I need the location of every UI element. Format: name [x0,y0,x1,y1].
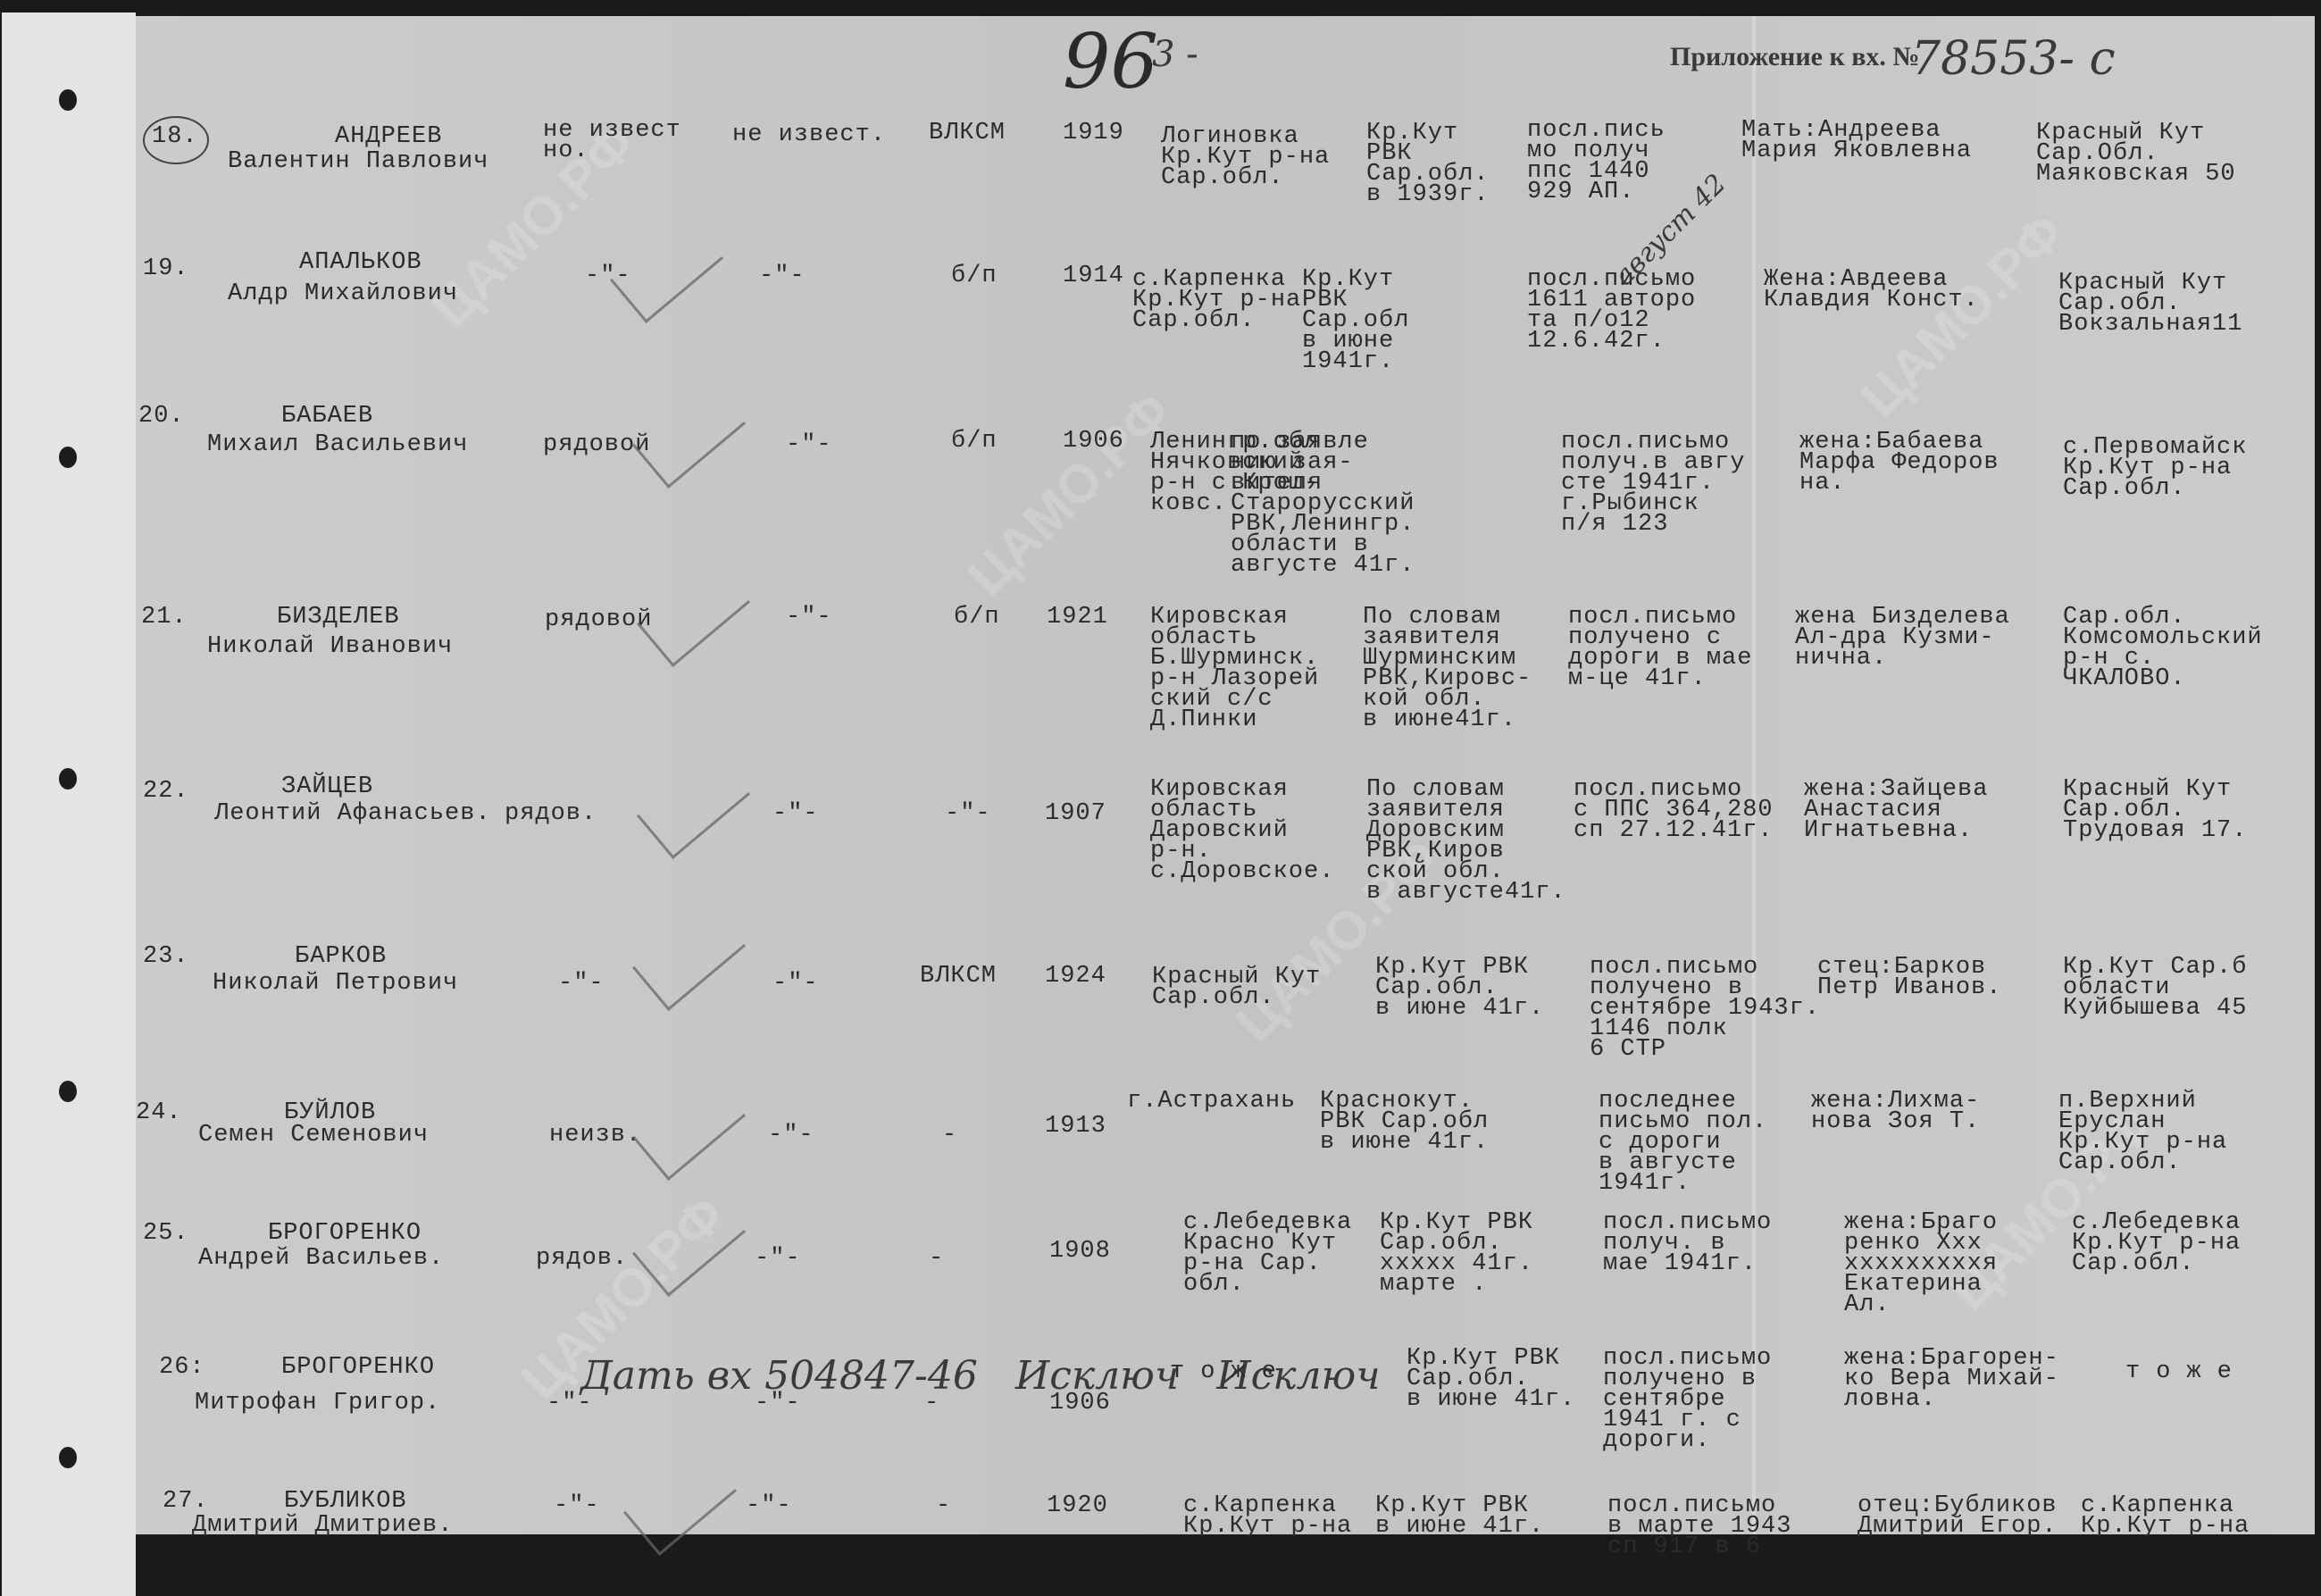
address: Красный Кут Сар.обл. Трудовая 17. [2063,780,2247,841]
address: с.Карпенка Кр.Кут р-на [2081,1496,2250,1537]
last-letter: посл.письмо получено с дороги в мае м-це… [1568,607,1752,689]
address: Красный Кут Сар.Обл. Маяковская 50 [2036,123,2236,185]
unit: -"- [786,435,832,455]
last-letter: посл.пись мо получ ппс 1440 929 АП. [1527,121,1666,203]
first-names: Андрей Васильев. [198,1249,444,1269]
drafted-by: Кр.Кут РВК Сар.обл. в июне 41г. [1375,957,1544,1019]
row-number: 23. [143,947,189,967]
row-number: 20. [138,406,185,427]
surname: БУБЛИКОВ [284,1492,407,1512]
binding-margin [2,13,136,1596]
surname: БРОГОРЕНКО [281,1358,435,1378]
address: Кр.Кут Сар.б области Куйбышева 45 [2063,957,2247,1019]
row-number: 26: [159,1358,205,1378]
attachment-label: Приложение к вх. № [1670,46,1920,67]
surname: АНДРЕЕВ [335,127,442,147]
unit: -"- [768,1125,814,1146]
row-number: 19. [143,259,189,280]
surname: БУЙЛОВ [284,1103,376,1124]
rank: -"- [558,973,605,994]
birthplace: Кировская область Даровский р-н. с.Доров… [1150,780,1334,882]
party: -"- [945,804,991,824]
first-names: Семен Семенович [198,1125,429,1146]
last-letter: последнее письмо пол. с дороги в августе… [1599,1091,1767,1194]
last-letter: посл.письмо в марте 1943 сп 917 в 6 [1607,1496,1791,1558]
relative: Жена:Авдеева Клавдия Конст. [1764,270,1979,311]
first-names: Леонтий Афанасьев. [214,804,491,824]
birth-year: 1913 [1045,1116,1106,1137]
party: - [936,1496,951,1517]
first-names: Митрофан Григор. [195,1393,440,1414]
rank: не извест но. [543,121,681,162]
surname: БАРКОВ [295,947,387,967]
birthplace: с.Лебедевка Красно Кут р-на Сар. обл. [1183,1213,1352,1295]
birthplace: Кировская область Б.Шурминск. р-н Лазоре… [1150,607,1319,731]
birth-year: 1914 [1063,266,1124,287]
punch-hole [59,1447,77,1468]
row-number: 27. [163,1492,209,1512]
first-names: Михаил Васильевич [207,435,468,455]
relative: жена:Зайцева Анастасия Игнатьевна. [1804,780,1988,841]
birth-year: 1919 [1063,123,1124,144]
party: - [929,1249,944,1269]
unit: -"- [755,1249,801,1269]
paper-fold [1752,16,1756,1534]
relative: жена:Браго ренко Ххх хххххххххя Екатерин… [1844,1213,1998,1316]
drafted-by: Кр.Кут РВК в июне 41г. [1375,1496,1544,1537]
row-number: 24. [136,1103,182,1124]
watermark: ЦАМО.РФ [1849,201,2076,429]
rank: неизв. [549,1125,641,1146]
punch-hole [59,89,77,111]
watermark: ЦАМО.РФ [956,380,1183,607]
birth-year: 1907 [1045,804,1106,824]
first-names: Дмитрий Дмитриев. [192,1516,453,1536]
drafted-by: По словам заявителя Шурминским РВК,Киров… [1363,607,1532,731]
birthplace: тоже [1170,1362,1292,1383]
row-number: 22. [143,781,189,802]
birth-year: 1908 [1049,1241,1111,1262]
first-names: Валентин Павлович [228,152,488,172]
birth-year: 1906 [1063,431,1124,452]
drafted-by: Кр.Кут РВК Сар.обл. в июне 41г. [1407,1349,1575,1410]
birthplace: Логиновка Кр.Кут р-на Сар.обл. [1161,127,1330,188]
row-number: 21. [141,607,188,628]
last-letter: посл.письмо с ППС 364,280 сп 27.12.41г. [1574,780,1774,841]
address: с.Лебедевка Кр.Кут р-на Сар.обл. [2072,1213,2241,1274]
birth-year: 1924 [1045,966,1106,987]
birth-year: 1921 [1047,607,1108,628]
surname: БРОГОРЕНКО [268,1224,422,1244]
attachment-number: 78553- с [1911,32,2116,86]
last-letter: посл.письмо 1611 авторо та п/о12 12.6.42… [1527,270,1696,352]
first-names: Николай Петрович [213,973,458,994]
address: с.Первомайск Кр.Кут р-на Сар.обл. [2063,438,2247,499]
address: Сар.обл. Комсомольский р-н с. ЧКАЛОВО. [2063,607,2263,689]
unit: -"- [772,973,819,994]
first-names: Николай Иванович [207,637,453,657]
unit: не извест. [732,125,886,146]
last-letter: посл.письмо получ.в авгу сте 1941г. г.Ры… [1561,432,1745,535]
relative: жена:Бабаева Марфа Федоров на. [1799,432,2000,494]
relative: Мать:Андреева Мария Яковлевна [1741,121,1972,162]
drafted-by: Кр.Кут РВК Сар.обл в июне 1941г. [1302,270,1409,372]
row-number: 18. [152,127,198,147]
unit: -"- [759,266,806,287]
party: ВЛКСМ [929,123,1006,144]
surname: БИЗДЕЛЕВ [277,607,400,628]
scan-edge [136,1534,2321,1596]
party: ВЛКСМ [920,966,997,987]
relative: жена:Лихма- нова Зоя Т. [1811,1091,1980,1132]
surname: ЗАЙЦЕВ [281,777,373,798]
party: б/п [951,431,998,452]
birthplace: с.Карпенка Кр.Кут р-на Сар.обл. [1132,270,1301,331]
relative: стец:Барков Петр Иванов. [1817,957,2001,999]
punch-hole [59,1081,77,1102]
drafted-by: Кр.Кут РВК Сар.обл. в 1939г. [1366,123,1490,205]
unit: -"- [772,804,819,824]
surname: АПАЛЬКОВ [299,253,422,273]
birthplace: Красный Кут Сар.обл. [1152,967,1321,1008]
party: б/п [954,607,1000,628]
birthplace: г.Астрахань [1127,1091,1296,1112]
party: б/п [951,266,998,287]
address: тоже [2125,1362,2248,1383]
last-letter: посл.письмо получено в сентябре 1941 г. … [1603,1349,1772,1451]
page-number: 96 [1063,18,1158,105]
punch-hole [59,768,77,790]
relative: жена Бизделева Ал-дра Кузми- нична. [1795,607,2010,669]
row-number: 25. [143,1224,189,1244]
drafted-by: Кр.Кут РВК Сар.обл. ххххх 41г. марте . [1380,1213,1533,1295]
unit: -"- [746,1496,792,1517]
birthplace: с.Карпенка Кр.Кут р-на [1183,1496,1352,1537]
last-letter: посл.письмо получ. в мае 1941г. [1603,1213,1772,1274]
rank: рядовой [545,610,652,631]
punch-hole [59,447,77,468]
drafted-by: Краснокут. РВК Сар.обл в июне 41г. [1320,1091,1489,1153]
unit: -"- [786,607,832,628]
relative: жена:Брагорен- ко Вера Михай- ловна. [1844,1349,2059,1410]
page-suffix: 3 - [1152,34,1198,75]
birth-year: 1920 [1047,1496,1108,1517]
surname: БАБАЕВ [281,406,373,427]
rank: рядов. [536,1249,628,1269]
relative: отец:Бубликов Дмитрий Егор. [1858,1496,2058,1537]
rank: рядов. [505,804,597,824]
address: Красный Кут Сар.обл. Вокзальная11 [2058,273,2242,335]
first-names: Алдр Михайлович [228,284,458,305]
drafted-by: По словам заявителя Доровским РВК,Киров … [1366,780,1566,903]
address: п.Верхний Еруслан Кр.Кут р-на Сар.обл. [2058,1091,2227,1174]
party: - [942,1125,957,1146]
last-letter: посл.письмо получено в сентябре 1943г. 1… [1590,957,1820,1060]
rank: -"- [554,1496,600,1517]
drafted-by: по заявле нию зая- вителя Старорусский Р… [1231,432,1415,576]
